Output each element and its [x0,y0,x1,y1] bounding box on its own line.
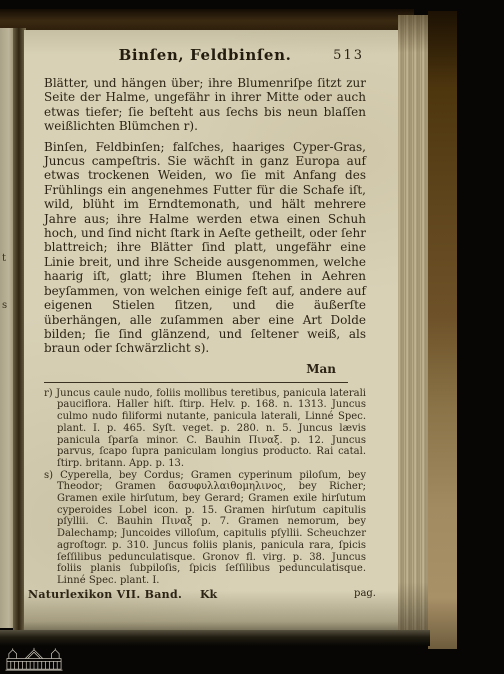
footnote-r: r) Juncus caule nudo, foliis mollibus te… [44,388,366,470]
book-cover-edge [428,11,457,649]
body-text: Blätter, und hängen über; ihre Blumenriſ… [44,76,366,356]
catchword: Man [44,362,366,376]
book-page: Binſen, Feldbinſen. 513 Blätter, und hän… [24,30,400,646]
signature-line: Naturlexikon VII. Band. Kk pag. [28,588,382,602]
facing-page-text-fragment: s [2,300,7,311]
library-building-stamp-icon [5,646,63,672]
footnote-marker: s) [44,470,53,481]
text-column: Binſen, Feldbinſen. 513 Blätter, und hän… [44,46,366,602]
gathering-signature: Kk [200,588,217,601]
footnote-marker: r) [44,388,53,399]
footnote-text: Juncus caule nudo, foliis mollibus teret… [56,388,366,469]
footnote-separator [44,382,348,383]
volume-title: Naturlexikon VII. Band. [28,588,182,601]
book-bottom-edge [0,630,430,646]
footnote-text: Cyperella, bey Cordus; Gramen cyperinum … [57,470,366,586]
page-number: 513 [333,48,364,63]
paragraph-entry: Binſen, Feldbinſen; falſches, haariges C… [44,140,366,356]
book-fore-edge [398,15,428,645]
footnote-s: s) Cyperella, bey Cordus; Gramen cyperin… [44,470,366,587]
footnotes: r) Juncus caule nudo, foliis mollibus te… [44,388,366,587]
footnote-catchword: pag. [354,588,376,599]
running-title: Binſen, Feldbinſen. [44,46,366,64]
facing-page-text-fragment: t [2,253,6,264]
page-header: Binſen, Feldbinſen. 513 [44,46,366,68]
paragraph-continuation: Blätter, und hängen über; ihre Blumenriſ… [44,76,366,134]
book-scan-screenshot: { "header": { "running_title": "Binſen, … [0,0,504,674]
